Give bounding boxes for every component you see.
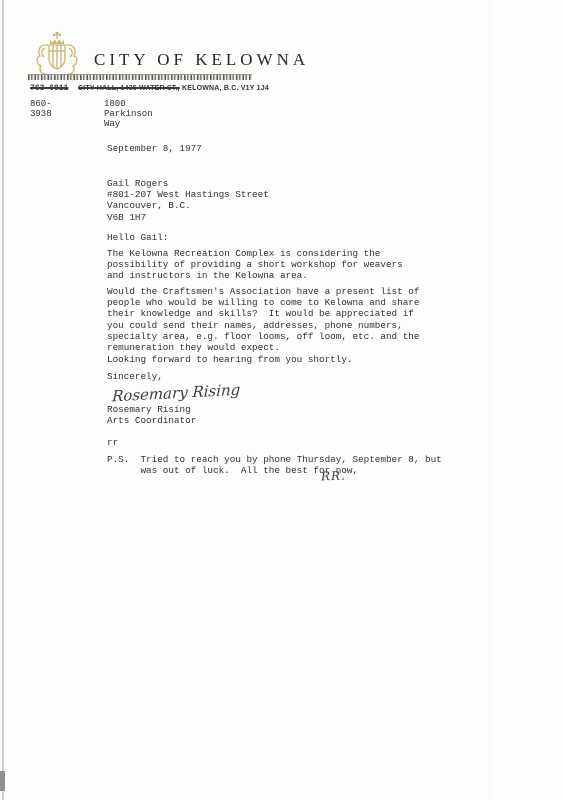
closing-line: Looking forward to hearing from you shor… bbox=[107, 354, 352, 365]
postscript-block: P.S. Tried to reach you by phone Thursda… bbox=[107, 454, 442, 476]
old-phone-struck: 763-6011 bbox=[30, 84, 68, 93]
handwritten-signature: Rosemary Rising bbox=[112, 381, 241, 406]
scan-edge-right bbox=[489, 0, 490, 800]
city-crest-icon bbox=[28, 30, 86, 80]
new-address: 1800 Parkinson Way bbox=[104, 99, 153, 129]
salutation: Hello Gail: bbox=[107, 232, 168, 243]
recipient-address-block: Gail Rogers #801-207 West Hastings Stree… bbox=[107, 178, 269, 223]
body-paragraph-2: Would the Craftsmen's Association have a… bbox=[107, 286, 419, 353]
body-paragraph-1: The Kelowna Recreation Complex is consid… bbox=[107, 248, 403, 282]
letterhead-city-name: CITY OF KELOWNA bbox=[94, 50, 309, 70]
new-phone: 860-3938 bbox=[30, 99, 52, 119]
scan-edge-artifact bbox=[0, 771, 5, 791]
signer-title: Arts Coordinator bbox=[107, 415, 196, 426]
signer-name: Rosemary Rising bbox=[107, 404, 191, 415]
typist-initials: rr bbox=[107, 437, 118, 448]
handwritten-ps-initials: RR. bbox=[321, 469, 346, 484]
old-address-struck: CITY HALL, 1435 WATER ST., bbox=[78, 85, 180, 92]
letter-date: September 8, 1977 bbox=[107, 143, 202, 154]
valediction: Sincerely, bbox=[107, 371, 163, 382]
city-postal-line: KELOWNA, B.C. V1Y 1J4 bbox=[182, 85, 269, 92]
scan-edge-left bbox=[2, 0, 4, 800]
letterhead-decorative-rule bbox=[28, 74, 252, 80]
scanned-letter-page: CITY OF KELOWNA 763-6011 CITY HALL, 1435… bbox=[0, 0, 565, 800]
